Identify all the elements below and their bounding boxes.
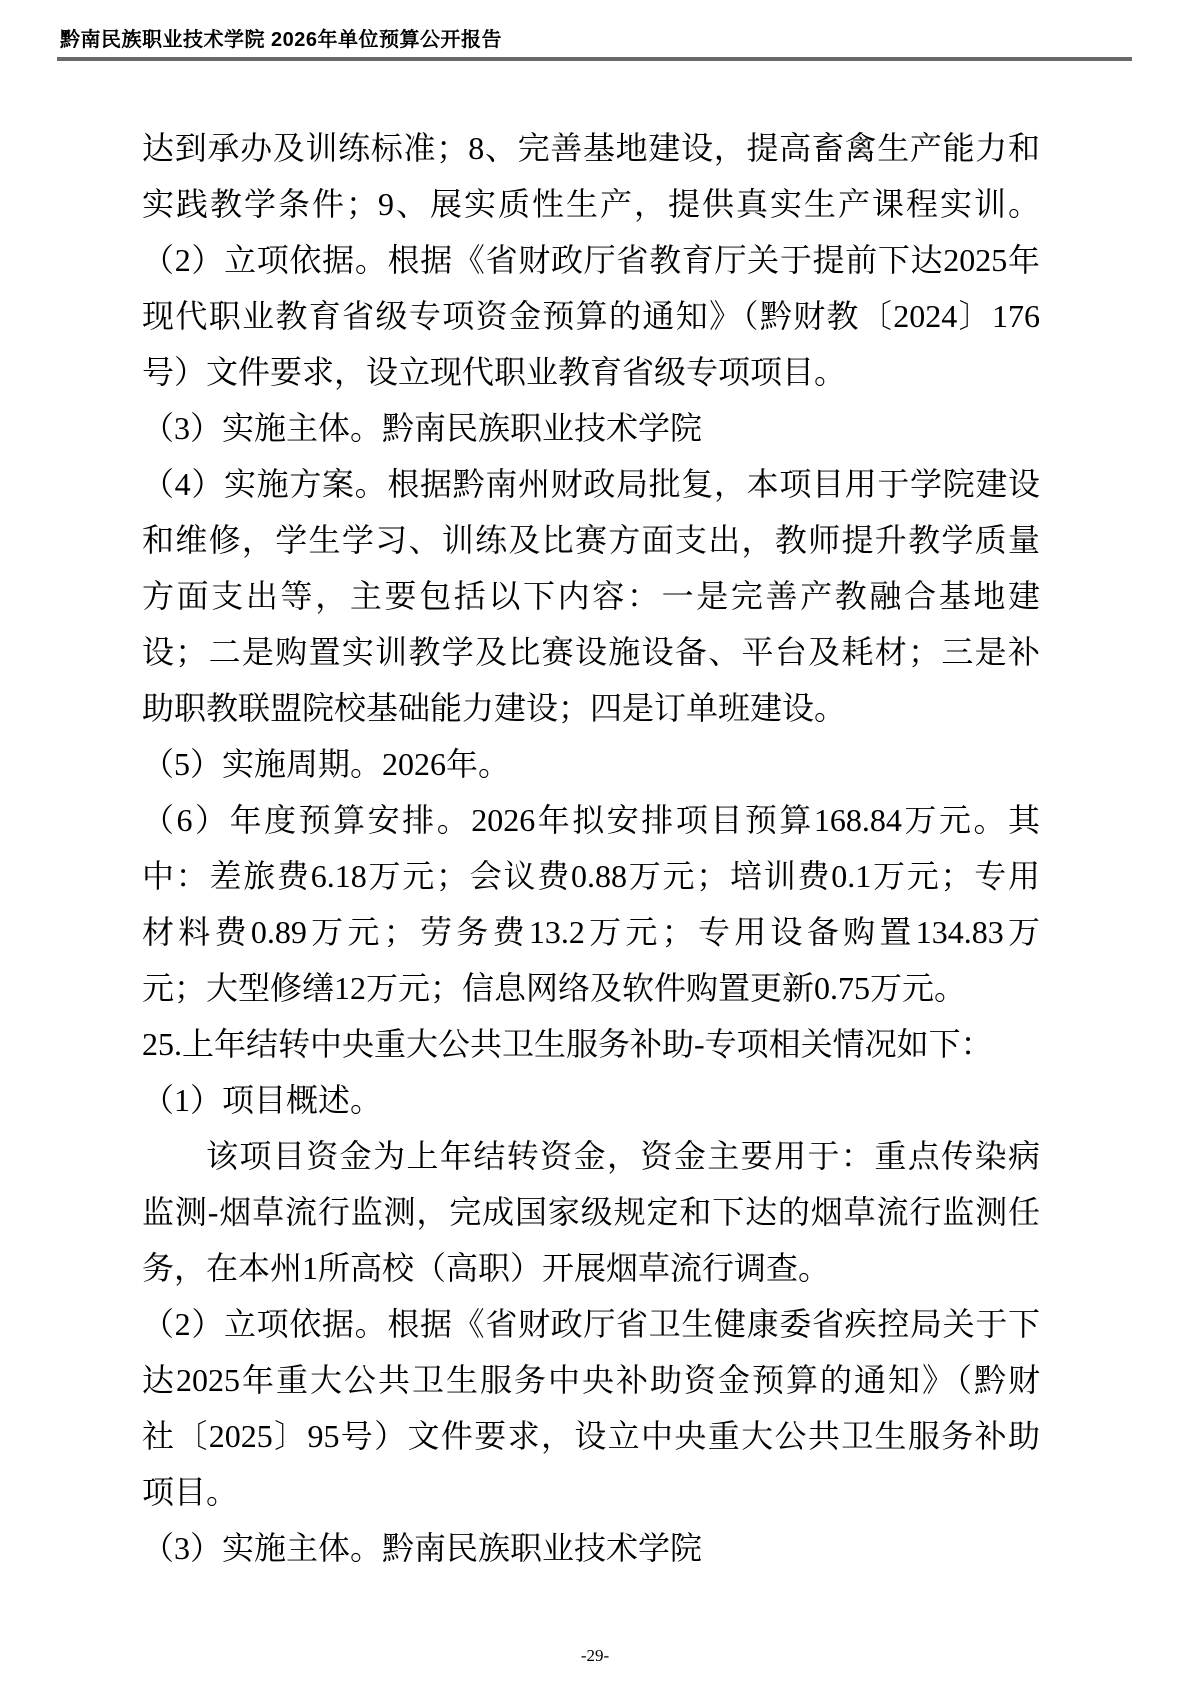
text-line: 该项目资金为上年结转资金，资金主要用于：重点传染病 <box>142 1128 1040 1184</box>
text-line: 达2025年重大公共卫生服务中央补助资金预算的通知》（黔财 <box>142 1352 1040 1408</box>
text-line: 务，在本州1所高校（高职）开展烟草流行调查。 <box>142 1240 1040 1296</box>
text-line: 设；二是购置实训教学及比赛设施设备、平台及耗材；三是补 <box>142 624 1040 680</box>
text-line: 材料费0.89万元；劳务费13.2万元；专用设备购置134.83万 <box>142 904 1040 960</box>
text-line: 25.上年结转中央重大公共卫生服务补助-专项相关情况如下： <box>142 1016 1040 1072</box>
text-line: 助职教联盟院校基础能力建设；四是订单班建设。 <box>142 680 1040 736</box>
text-line: 和维修，学生学习、训练及比赛方面支出，教师提升教学质量 <box>142 512 1040 568</box>
text-line: （5）实施周期。2026年。 <box>142 736 1040 792</box>
text-line: 社〔2025〕95号）文件要求，设立中央重大公共卫生服务补助 <box>142 1408 1040 1464</box>
text-line: 元；大型修缮12万元；信息网络及软件购置更新0.75万元。 <box>142 960 1040 1016</box>
text-line: （6）年度预算安排。2026年拟安排项目预算168.84万元。其 <box>142 792 1040 848</box>
text-line: 号）文件要求，设立现代职业教育省级专项项目。 <box>142 344 1040 400</box>
text-line: （4）实施方案。根据黔南州财政局批复，本项目用于学院建设 <box>142 456 1040 512</box>
text-line: 方面支出等，主要包括以下内容：一是完善产教融合基地建 <box>142 568 1040 624</box>
text-line: 现代职业教育省级专项资金预算的通知》（黔财教〔2024〕176 <box>142 288 1040 344</box>
text-line: 达到承办及训练标准；8、完善基地建设，提高畜禽生产能力和 <box>142 120 1040 176</box>
text-line: 监测-烟草流行监测，完成国家级规定和下达的烟草流行监测任 <box>142 1184 1040 1240</box>
text-line: （2）立项依据。根据《省财政厅省教育厅关于提前下达2025年 <box>142 232 1040 288</box>
text-line: （1）项目概述。 <box>142 1072 1040 1128</box>
text-line: （3）实施主体。黔南民族职业技术学院 <box>142 400 1040 456</box>
text-line: （2）立项依据。根据《省财政厅省卫生健康委省疾控局关于下 <box>142 1296 1040 1352</box>
page-header-title: 黔南民族职业技术学院 2026年单位预算公开报告 <box>60 30 502 50</box>
document-page: 黔南民族职业技术学院 2026年单位预算公开报告 达到承办及训练标准；8、完善基… <box>0 0 1190 1684</box>
text-line: 中：差旅费6.18万元；会议费0.88万元；培训费0.1万元；专用 <box>142 848 1040 904</box>
page-number: -29- <box>0 1644 1190 1668</box>
text-line: 项目。 <box>142 1464 1040 1520</box>
document-body: 达到承办及训练标准；8、完善基地建设，提高畜禽生产能力和实践教学条件；9、展实质… <box>142 120 1040 1576</box>
header-rule-divider <box>57 57 1132 61</box>
text-line: （3）实施主体。黔南民族职业技术学院 <box>142 1520 1040 1576</box>
text-line: 实践教学条件；9、展实质性生产，提供真实生产课程实训。 <box>142 176 1040 232</box>
